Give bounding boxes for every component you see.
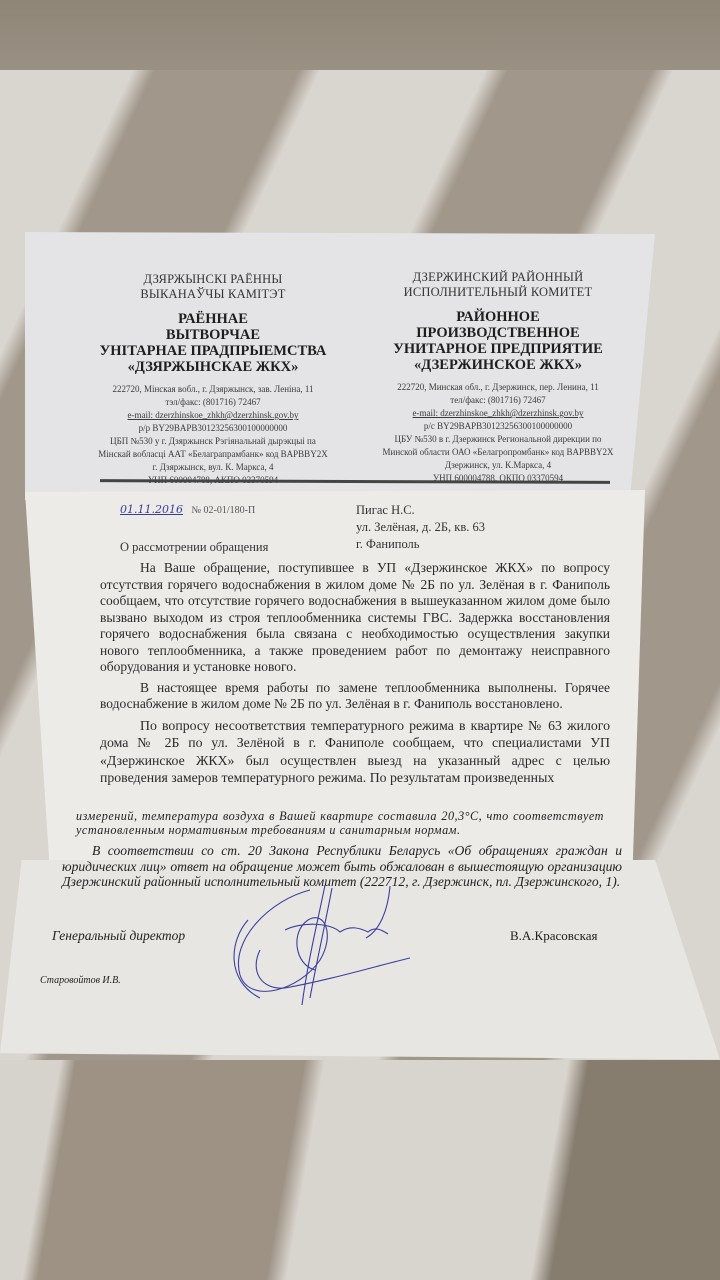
addressee-street: ул. Зелёная, д. 2Б, кв. 63 — [356, 519, 485, 536]
addressee-block: Пигас Н.С. ул. Зелёная, д. 2Б, кв. 63 г.… — [356, 502, 485, 553]
reference-number-label: № — [191, 505, 201, 516]
enterprise-name-by: РАЁННАЕ ВЫТВОРЧАЕ УНІТАРНАЕ ПРАДПРЫЕМСТВ… — [78, 311, 348, 375]
letterhead-belarusian: ДЗЯРЖЫНСКІ РАЁННЫ ВЫКАНАЎЧЫ КАМІТЭТ РАЁН… — [78, 272, 348, 487]
enterprise-name-ru: РАЙОННОЕ ПРОИЗВОДСТВЕННОЕ УНИТАРНОЕ ПРЕД… — [368, 309, 628, 373]
letter-content: ДЗЯРЖЫНСКІ РАЁННЫ ВЫКАНАЎЧЫ КАМІТЭТ РАЁН… — [0, 0, 720, 1280]
paragraph-restored: В настоящее время работы по замене тепло… — [100, 680, 610, 713]
paragraph-temperature-continued: измерений, температура воздуха в Вашей к… — [76, 810, 604, 837]
paragraph-temperature: По вопросу несоответствия температурного… — [100, 717, 610, 787]
paragraph-hot-water: На Ваше обращение, поступившее в УП «Дзе… — [100, 560, 610, 676]
contact-details-by: 222720, Мінская вобл., г. Дзяржынск, зав… — [78, 383, 348, 487]
committee-name-ru: ДЗЕРЖИНСКИЙ РАЙОННЫЙ ИСПОЛНИТЕЛЬНЫЙ КОМИ… — [368, 270, 628, 300]
letterhead-russian: ДЗЕРЖИНСКИЙ РАЙОННЫЙ ИСПОЛНИТЕЛЬНЫЙ КОМИ… — [368, 270, 628, 485]
addressee-name: Пигас Н.С. — [356, 502, 485, 519]
letter-body: На Ваше обращение, поступившее в УП «Дзе… — [100, 560, 610, 791]
signatory-title: Генеральный директор — [52, 928, 185, 944]
committee-name-by: ДЗЯРЖЫНСКІ РАЁННЫ ВЫКАНАЎЧЫ КАМІТЭТ — [78, 272, 348, 302]
reference-number: 02-01/180-П — [204, 505, 256, 516]
contact-details-ru: 222720, Минская обл., г. Дзержинск, пер.… — [368, 381, 628, 485]
email-link-by[interactable]: e-mail: dzerzhinskoe_zhkh@dzerzhinsk.gov… — [78, 409, 348, 422]
handwritten-signature — [190, 880, 430, 1010]
addressee-city: г. Фаниполь — [356, 536, 485, 553]
handwritten-date: 01.11.2016 — [120, 503, 183, 516]
executor-name: Старовойтов И.В. — [40, 975, 121, 986]
letter-subject: О рассмотрении обращения — [120, 540, 268, 555]
reference-line: 01.11.2016 № 02-01/180-П — [120, 503, 255, 516]
signatory-name: В.А.Красовская — [510, 928, 597, 944]
email-link-ru[interactable]: e-mail: dzerzhinskoe_zhkh@dzerzhinsk.gov… — [368, 407, 628, 420]
